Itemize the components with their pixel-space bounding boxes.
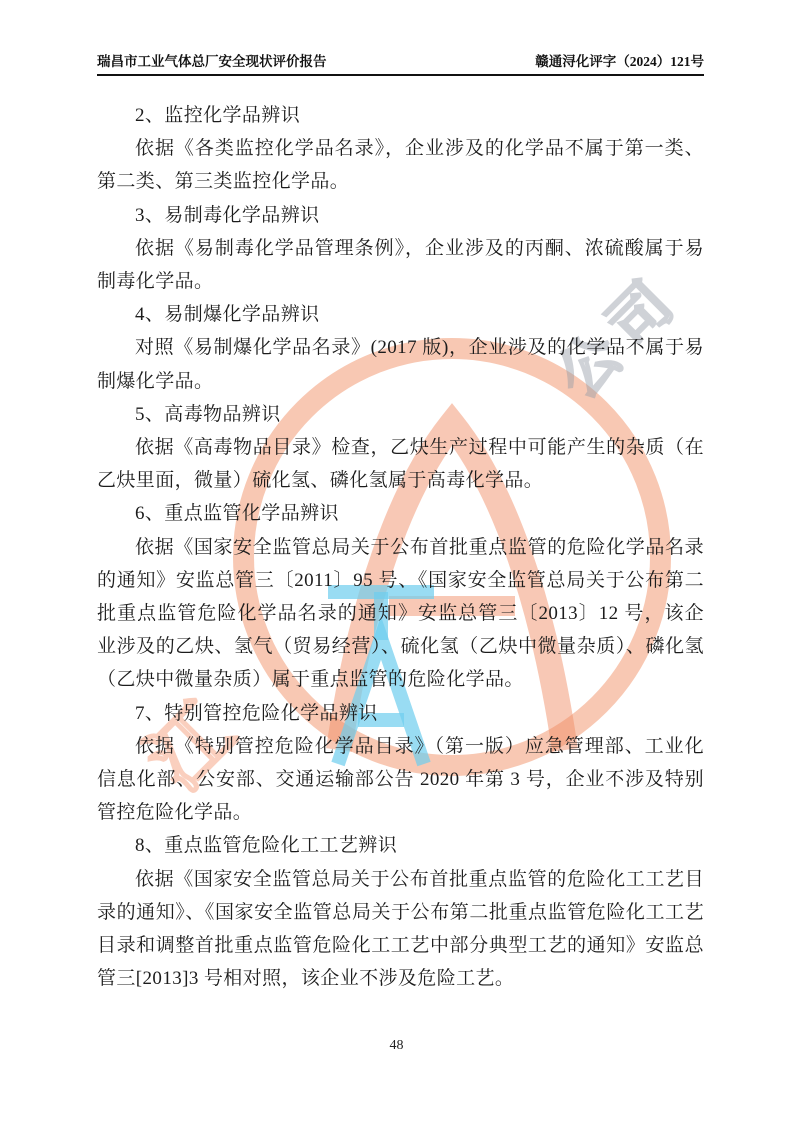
section-body-3: 依据《易制毒化学品管理条例》，企业涉及的丙酮、浓硫酸属于易制毒化学品。 (97, 232, 704, 298)
section-heading-2: 2、监控化学品辨识 (97, 99, 704, 132)
section-heading-7: 7、特别管控危险化学品辨识 (97, 697, 704, 730)
section-heading-3: 3、易制毒化学品辨识 (97, 199, 704, 232)
document-body: 2、监控化学品辨识 依据《各类监控化学品名录》，企业涉及的化学品不属于第一类、第… (97, 99, 704, 995)
section-heading-8: 8、重点监管危险化工工艺辨识 (97, 829, 704, 862)
section-body-8: 依据《国家安全监管总局关于公布首批重点监管的危险化工工艺目录的通知》、《国家安全… (97, 863, 704, 996)
header-report-title: 瑞昌市工业气体总厂安全现状评价报告 (97, 50, 327, 70)
page-header: 瑞昌市工业气体总厂安全现状评价报告 赣通浔化评字（2024）121号 (97, 50, 704, 76)
section-body-6: 依据《国家安全监管总局关于公布首批重点监管的危险化学品名录的通知》安监总管三〔2… (97, 531, 704, 697)
section-body-7: 依据《特别管控危险化学品目录》（第一版）应急管理部、工业化信息化部、公安部、交通… (97, 730, 704, 830)
section-body-2: 依据《各类监控化学品名录》，企业涉及的化学品不属于第一类、第二类、第三类监控化学… (97, 132, 704, 198)
section-heading-6: 6、重点监管化学品辨识 (97, 497, 704, 530)
section-heading-4: 4、易制爆化学品辨识 (97, 298, 704, 331)
section-heading-5: 5、高毒物品辨识 (97, 398, 704, 431)
section-body-5: 依据《高毒物品目录》检查，乙炔生产过程中可能产生的杂质（在乙炔里面，微量）硫化氢… (97, 431, 704, 497)
header-doc-number: 赣通浔化评字（2024）121号 (535, 50, 704, 70)
page-number: 48 (0, 1038, 793, 1054)
section-body-4: 对照《易制爆化学品名录》(2017 版)，企业涉及的化学品不属于易制爆化学品。 (97, 331, 704, 397)
document-page: 江 公司 瑞昌市工业气体总厂安全现状评价报告 赣通浔化评字（2024）121号 … (0, 0, 793, 1122)
